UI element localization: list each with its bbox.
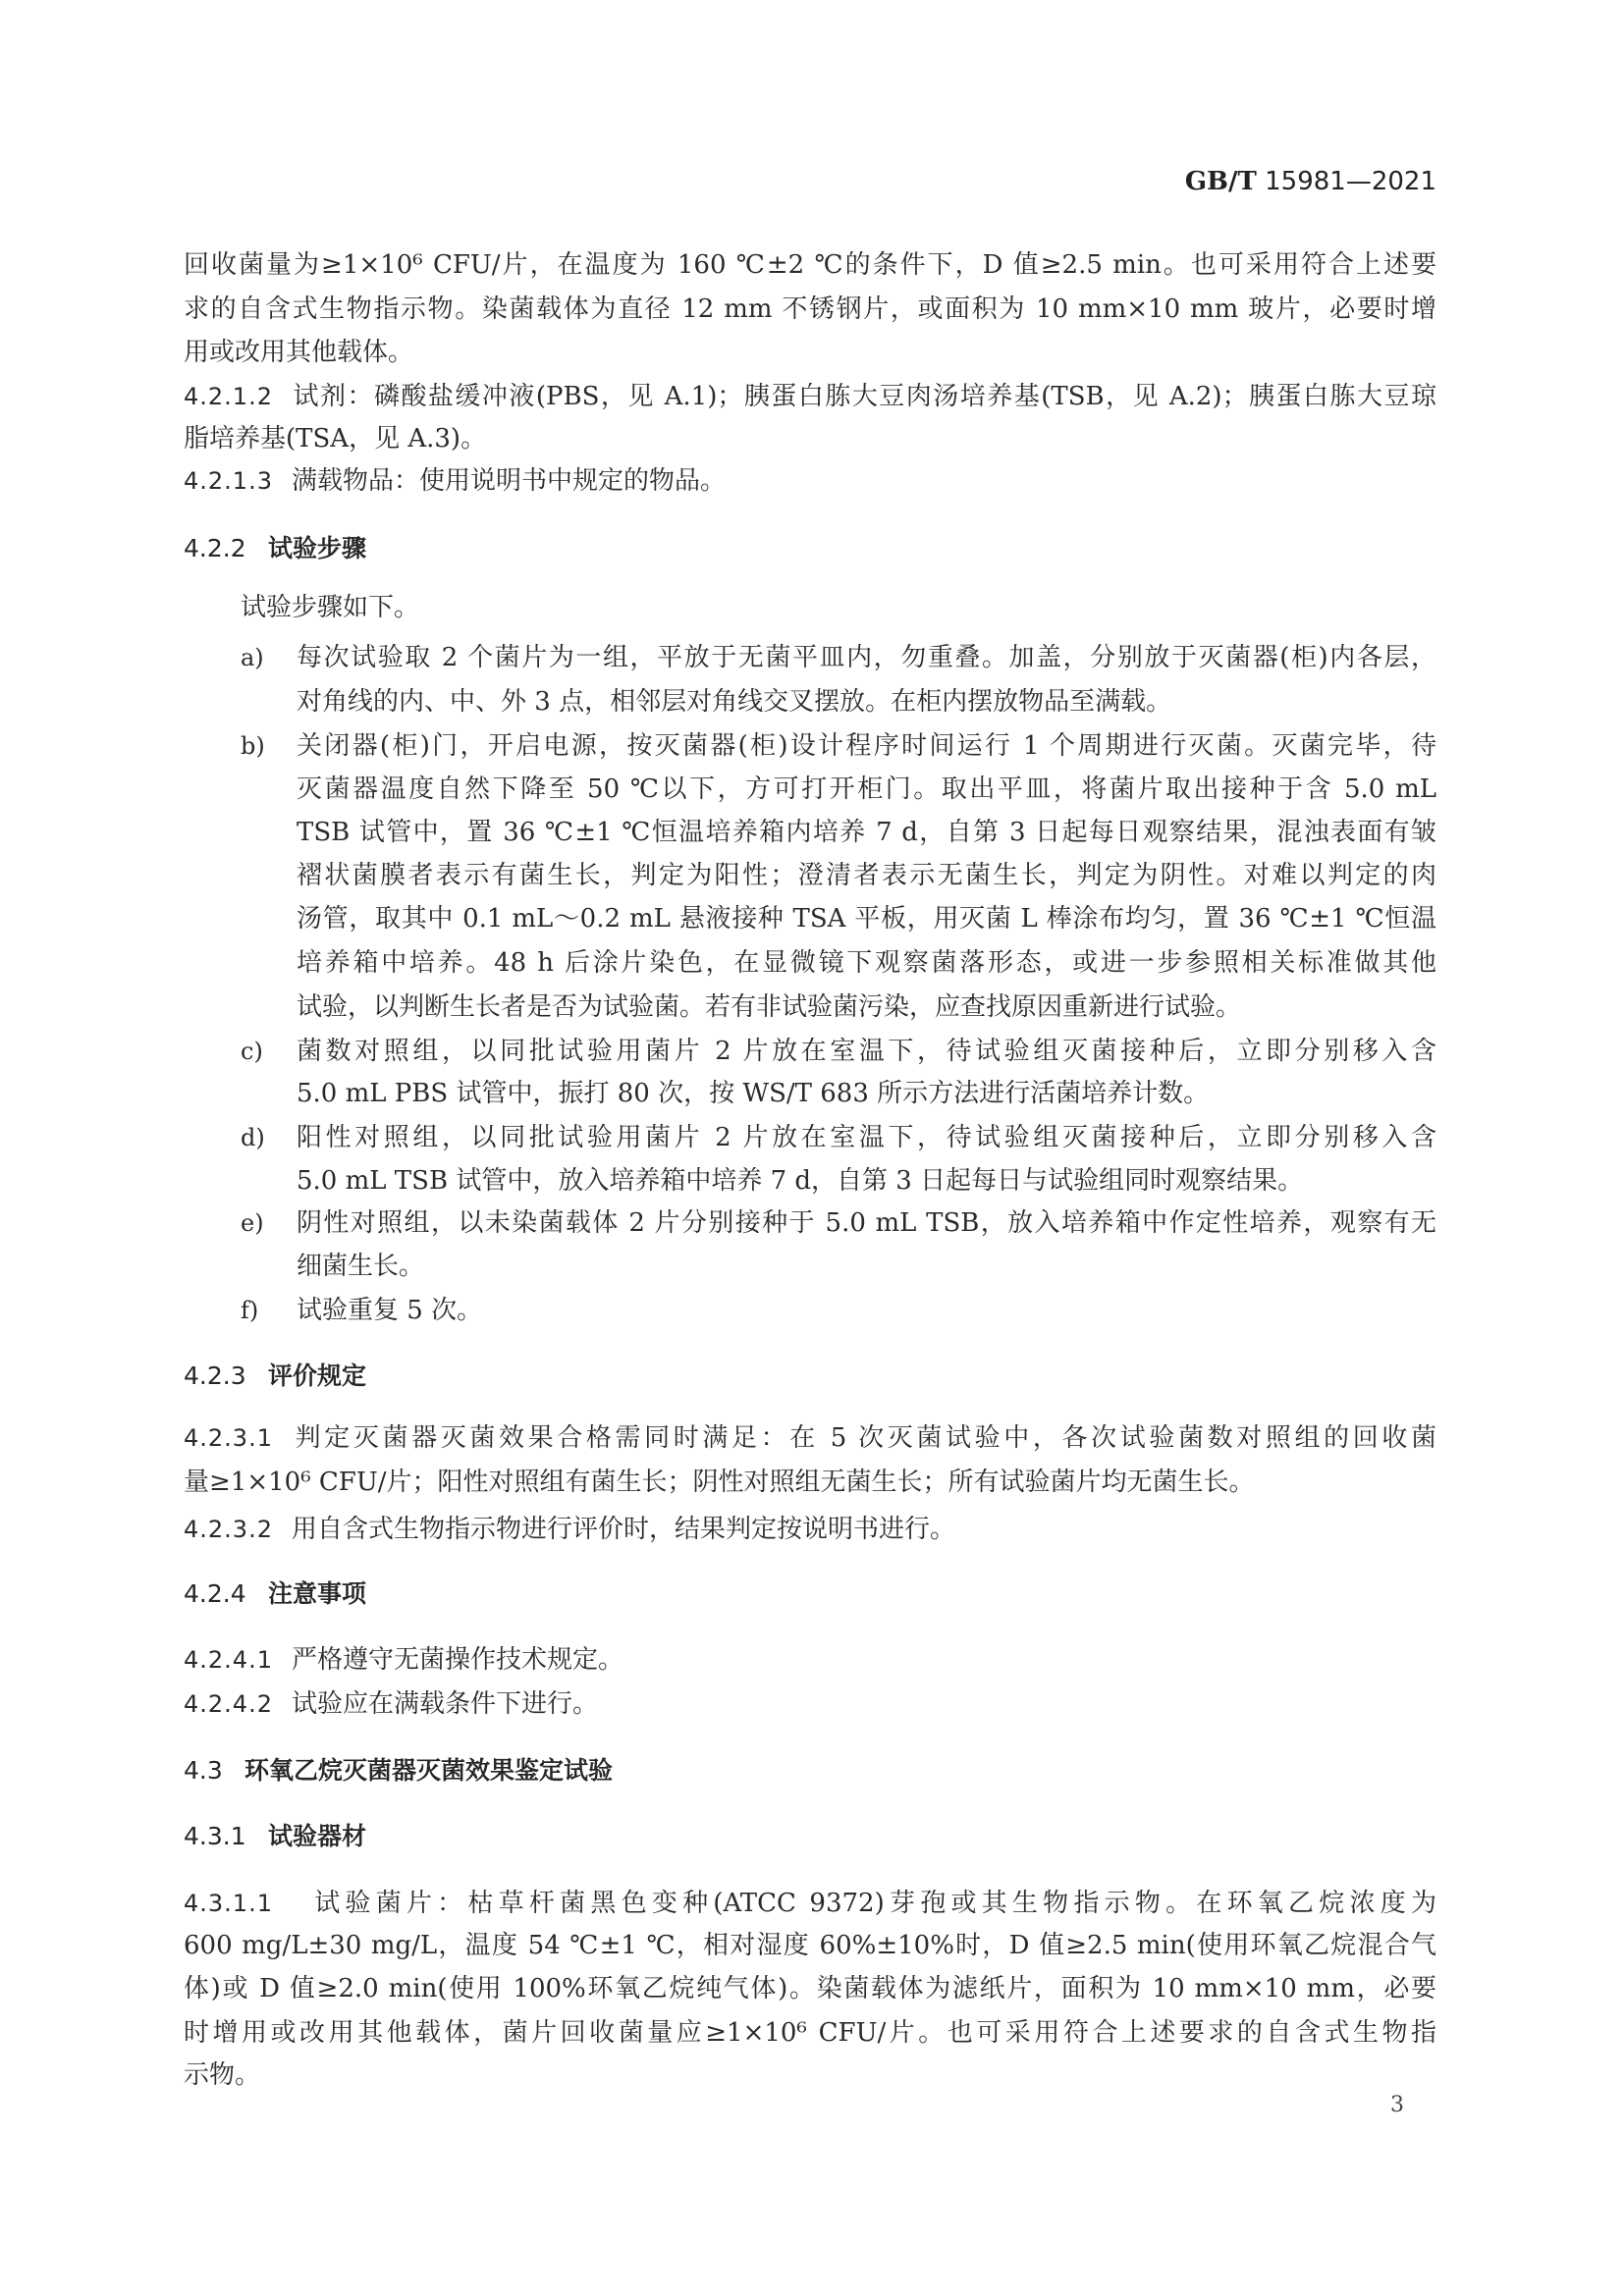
list-item-line: 5.0 mL PBS 试管中，振打 80 次，按 WS/T 683 所示方法进行… — [297, 1072, 1436, 1115]
list-item-line: 关闭器(柜)门，开启电源，按灭菌器(柜)设计程序时间运行 1 个周期进行灭菌。灭… — [297, 724, 1436, 768]
clause-number: 4.2.4.1 — [184, 1638, 292, 1682]
list-marker-b: b) — [241, 724, 265, 768]
clause-4-2-1-3: 4.2.1.3满载物品：使用说明书中规定的物品。 — [184, 459, 1436, 503]
clause-number: 4.2.1.3 — [184, 459, 292, 503]
section-heading-4-3: 4.3环氧乙烷灭菌器灭菌效果鉴定试验 — [184, 1749, 613, 1792]
list-item-line: 试验，以判断生长者是否为试验菌。若有非试验菌污染，应查找原因重新进行试验。 — [297, 986, 1436, 1029]
list-item-line: 每次试验取 2 个菌片为一组，平放于无菌平皿内，勿重叠。加盖，分别放于灭菌器(柜… — [297, 636, 1436, 679]
clause-number: 4.3.1.1 — [184, 1882, 309, 1925]
paragraph-line: 体)或 D 值≥2.0 min(使用 100%环氧乙烷纯气体)。染菌载体为滤纸片… — [184, 1967, 1436, 2010]
heading-title: 试验步骤 — [268, 534, 366, 562]
clause-number: 4.2.3.1 — [184, 1416, 292, 1460]
heading-number: 4.3 — [184, 1749, 244, 1792]
clause-4-2-3-2: 4.2.3.2用自含式生物指示物进行评价时，结果判定按说明书进行。 — [184, 1508, 1436, 1551]
heading-title: 评价规定 — [268, 1362, 366, 1390]
standard-code-header: GB/T 15981—2021 — [1185, 167, 1436, 196]
list-item-line: 5.0 mL TSB 试管中，放入培养箱中培养 7 d，自第 3 日起每日与试验… — [297, 1159, 1436, 1202]
heading-title: 环氧乙烷灭菌器灭菌效果鉴定试验 — [244, 1756, 613, 1785]
list-item-line: 汤管，取其中 0.1 mL～0.2 mL 悬液接种 TSA 平板，用灭菌 L 棒… — [297, 897, 1436, 940]
list-item-line: 试验重复 5 次。 — [297, 1289, 1436, 1332]
list-item-line: 灭菌器温度自然下降至 50 ℃以下，方可打开柜门。取出平皿，将菌片取出接种于含 … — [297, 768, 1436, 811]
clause-text: 试剂：磷酸盐缓冲液(PBS，见 A.1)；胰蛋白胨大豆肉汤培养基(TSB，见 A… — [292, 382, 1436, 411]
section-heading-4-2-4: 4.2.4注意事项 — [184, 1573, 366, 1616]
list-marker-a: a) — [241, 636, 264, 679]
list-item-line: 褶状菌膜者表示有菌生长，判定为阳性；澄清者表示无菌生长，判定为阴性。对难以判定的… — [297, 854, 1436, 897]
heading-title: 试验器材 — [268, 1822, 366, 1850]
heading-title: 注意事项 — [268, 1579, 366, 1608]
paragraph-line: 量≥1×10⁶ CFU/片；阳性对照组有菌生长；阴性对照组无菌生长；所有试验菌片… — [184, 1461, 1436, 1504]
clause-text: 试验菌片：枯草杆菌黑色变种(ATCC 9372)芽孢或其生物指示物。在环氧乙烷浓… — [309, 1889, 1436, 1918]
clause-number: 4.2.3.2 — [184, 1508, 292, 1551]
clause-text: 用自含式生物指示物进行评价时，结果判定按说明书进行。 — [292, 1515, 955, 1544]
heading-number: 4.3.1 — [184, 1815, 268, 1858]
clause-text: 试验应在满载条件下进行。 — [292, 1689, 598, 1719]
clause-4-2-4-1: 4.2.4.1严格遵守无菌操作技术规定。 — [184, 1638, 1436, 1682]
standard-number: 15981—2021 — [1265, 167, 1436, 196]
paragraph-line: 用或改用其他载体。 — [184, 331, 1436, 374]
paragraph-line: 600 mg/L±30 mg/L，温度 54 ℃±1 ℃，相对湿度 60%±10… — [184, 1924, 1436, 1967]
clause-number: 4.2.4.2 — [184, 1682, 292, 1726]
clause-4-2-1-2: 4.2.1.2试剂：磷酸盐缓冲液(PBS，见 A.1)；胰蛋白胨大豆肉汤培养基(… — [184, 375, 1436, 418]
section-heading-4-2-2: 4.2.2试验步骤 — [184, 527, 366, 570]
clause-4-2-4-2: 4.2.4.2试验应在满载条件下进行。 — [184, 1682, 1436, 1726]
heading-number: 4.2.3 — [184, 1355, 268, 1398]
list-marker-c: c) — [241, 1030, 263, 1073]
heading-number: 4.2.4 — [184, 1573, 268, 1616]
list-marker-e: e) — [241, 1201, 264, 1245]
list-item-line: 菌数对照组，以同批试验用菌片 2 片放在室温下，待试验组灭菌接种后，立即分别移入… — [297, 1030, 1436, 1073]
section-heading-4-3-1: 4.3.1试验器材 — [184, 1815, 366, 1858]
paragraph-line: 时增用或改用其他载体，菌片回收菌量应≥1×10⁶ CFU/片。也可采用符合上述要… — [184, 2011, 1436, 2055]
list-item-line: 阴性对照组，以未染菌载体 2 片分别接种于 5.0 mL TSB，放入培养箱中作… — [297, 1201, 1436, 1245]
list-item-line: 对角线的内、中、外 3 点，相邻层对角线交叉摆放。在柜内摆放物品至满载。 — [297, 680, 1436, 723]
clause-text: 满载物品：使用说明书中规定的物品。 — [292, 466, 726, 496]
paragraph-line: 脂培养基(TSA，见 A.3)。 — [184, 417, 1436, 460]
standard-prefix: GB/T — [1185, 167, 1257, 196]
paragraph-line: 求的自含式生物指示物。染菌载体为直径 12 mm 不锈钢片，或面积为 10 mm… — [184, 288, 1436, 331]
page-number: 3 — [1390, 2093, 1404, 2117]
list-marker-d: d) — [241, 1116, 265, 1159]
clause-4-3-1-1: 4.3.1.1试验菌片：枯草杆菌黑色变种(ATCC 9372)芽孢或其生物指示物… — [184, 1882, 1436, 1925]
list-item-line: TSB 试管中，置 36 ℃±1 ℃恒温培养箱内培养 7 d，自第 3 日起每日… — [297, 811, 1436, 854]
heading-number: 4.2.2 — [184, 527, 268, 570]
clause-number: 4.2.1.2 — [184, 375, 292, 418]
clause-text: 严格遵守无菌操作技术规定。 — [292, 1645, 623, 1675]
paragraph-line: 回收菌量为≥1×10⁶ CFU/片，在温度为 160 ℃±2 ℃的条件下，D 值… — [184, 243, 1436, 287]
list-marker-f: f) — [241, 1289, 258, 1332]
list-item-line: 细菌生长。 — [297, 1245, 1436, 1288]
list-item-line: 阳性对照组，以同批试验用菌片 2 片放在室温下，待试验组灭菌接种后，立即分别移入… — [297, 1116, 1436, 1159]
steps-intro: 试验步骤如下。 — [241, 586, 1436, 629]
list-item-line: 培养箱中培养。48 h 后涂片染色，在显微镜下观察菌落形态，或进一步参照相关标准… — [297, 941, 1436, 985]
clause-4-2-3-1: 4.2.3.1判定灭菌器灭菌效果合格需同时满足：在 5 次灭菌试验中，各次试验菌… — [184, 1416, 1436, 1460]
section-heading-4-2-3: 4.2.3评价规定 — [184, 1355, 366, 1398]
paragraph-line: 示物。 — [184, 2054, 1436, 2097]
clause-text: 判定灭菌器灭菌效果合格需同时满足：在 5 次灭菌试验中，各次试验菌数对照组的回收… — [292, 1423, 1436, 1453]
